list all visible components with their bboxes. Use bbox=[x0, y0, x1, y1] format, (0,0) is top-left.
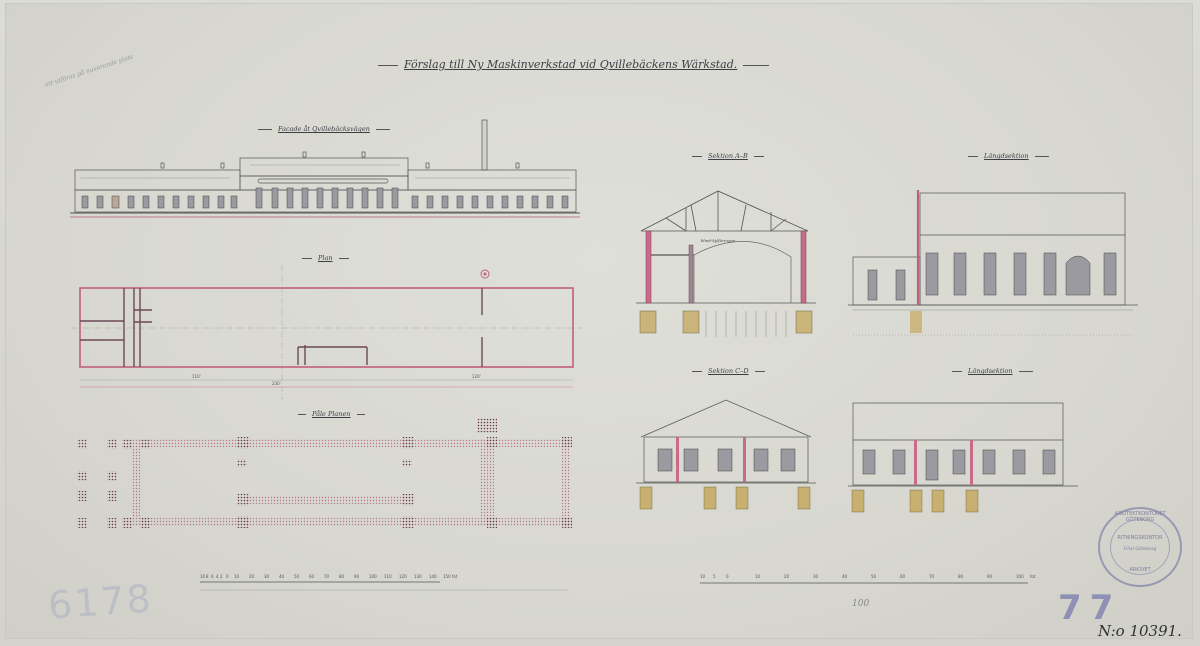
plan-dim-total: 230' bbox=[272, 381, 281, 386]
svg-text:140: 140 bbox=[429, 574, 437, 579]
cross-section-cd bbox=[636, 395, 816, 525]
stamp-ring-text: ARKITEKTKONTORET GÖTEBORG bbox=[1100, 511, 1180, 523]
section-cd-label: Sektion C–D bbox=[686, 367, 771, 375]
svg-text:110: 110 bbox=[384, 574, 392, 579]
longitudinal-section-2 bbox=[848, 398, 1078, 523]
cross-section-ab: Wind-kylföringen bbox=[636, 185, 816, 345]
archive-stamp: ARKITEKTKONTORET GÖTEBORG RITNINGSKONTOR… bbox=[1098, 507, 1182, 587]
svg-text:30: 30 bbox=[264, 574, 270, 579]
svg-text:100: 100 bbox=[1016, 574, 1024, 579]
sheet-title-text: Förslag till Ny Maskinverkstad vid Qvill… bbox=[404, 58, 737, 71]
svg-text:90: 90 bbox=[354, 574, 360, 579]
plan-dim-b: 120' bbox=[472, 374, 481, 379]
scale-bar-2: 10 5 0 10 20 30 40 50 60 70 80 90 100 fo… bbox=[698, 574, 1058, 588]
svg-text:0: 0 bbox=[726, 574, 729, 579]
svg-text:70: 70 bbox=[929, 574, 935, 579]
sheet-title: Förslag till Ny Maskinverkstad vid Qvill… bbox=[372, 58, 775, 71]
svg-text:20: 20 bbox=[249, 574, 255, 579]
svg-text:8: 8 bbox=[206, 574, 209, 579]
svg-text:10: 10 bbox=[700, 574, 706, 579]
plan-dim-a: 110' bbox=[192, 374, 201, 379]
svg-text:50: 50 bbox=[294, 574, 300, 579]
longitudinal-section-2-label: Längdsektion bbox=[946, 367, 1039, 375]
svg-text:2: 2 bbox=[220, 574, 223, 579]
svg-text:90: 90 bbox=[987, 574, 993, 579]
svg-text:fot: fot bbox=[452, 574, 458, 579]
svg-text:60: 60 bbox=[900, 574, 906, 579]
svg-text:fot: fot bbox=[1030, 574, 1036, 579]
archive-number: N:o 10391. bbox=[1098, 622, 1182, 640]
svg-text:40: 40 bbox=[279, 574, 285, 579]
plan-label: Plan bbox=[296, 254, 355, 262]
svg-text:50: 50 bbox=[871, 574, 877, 579]
svg-text:6: 6 bbox=[211, 574, 214, 579]
stamp-center-line-1: RITNINGSKONTOR bbox=[1100, 535, 1180, 541]
drawing-sheet: att utföras på nuvarande plats 6178 100 … bbox=[0, 0, 1200, 646]
pencil-catalog-number: 6178 bbox=[47, 576, 155, 627]
svg-text:80: 80 bbox=[339, 574, 345, 579]
svg-text:150: 150 bbox=[443, 574, 451, 579]
svg-text:5: 5 bbox=[713, 574, 716, 579]
section-ab-label: Sektion A–B bbox=[686, 152, 770, 160]
pencil-scale-note: 100 bbox=[852, 599, 869, 609]
svg-text:80: 80 bbox=[958, 574, 964, 579]
svg-text:60: 60 bbox=[309, 574, 315, 579]
title-rule-right bbox=[743, 65, 769, 66]
svg-text:0: 0 bbox=[226, 574, 229, 579]
floor-plan: 110' 230' 120' bbox=[72, 265, 582, 400]
svg-text:30: 30 bbox=[813, 574, 819, 579]
svg-text:10: 10 bbox=[200, 574, 206, 579]
svg-text:4: 4 bbox=[216, 574, 219, 579]
svg-text:40: 40 bbox=[842, 574, 848, 579]
longitudinal-section-1-label: Längdsektion bbox=[962, 152, 1055, 160]
title-rule-left bbox=[378, 65, 398, 66]
svg-text:100: 100 bbox=[369, 574, 377, 579]
longitudinal-section-1 bbox=[848, 185, 1138, 340]
svg-text:10: 10 bbox=[234, 574, 240, 579]
scale-bar-1: 10 8 6 4 2 0 10 20 30 40 50 60 70 80 90 … bbox=[198, 574, 578, 594]
pile-foundation-plan bbox=[72, 418, 582, 533]
svg-text:130: 130 bbox=[414, 574, 422, 579]
facade-elevation bbox=[70, 115, 580, 225]
svg-text:20: 20 bbox=[784, 574, 790, 579]
stamp-center-line-2: Filial Göteborg bbox=[1100, 547, 1180, 552]
section-inner-note: Wind-kylföringen bbox=[701, 238, 736, 243]
stamp-bottom-text: ARKIVET bbox=[1100, 567, 1180, 573]
svg-text:10: 10 bbox=[755, 574, 761, 579]
svg-text:120: 120 bbox=[399, 574, 407, 579]
svg-text:70: 70 bbox=[324, 574, 330, 579]
foundation-plan-label: Påle Planen bbox=[292, 410, 371, 418]
